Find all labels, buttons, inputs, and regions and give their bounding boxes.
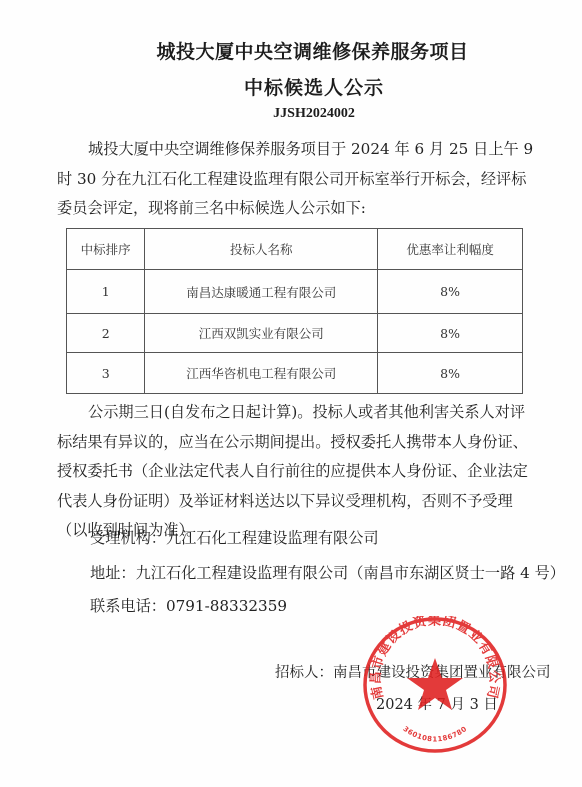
- cell-bidder-name: 江西双凯实业有限公司: [145, 314, 378, 353]
- contact-phone: 联系电话：0791-88332359: [90, 595, 287, 616]
- cell-discount: 8%: [378, 314, 523, 353]
- cell-rank: 3: [67, 353, 145, 394]
- intro-paragraph: 城投大厦中央空调维修保养服务项目于 2024 年 6 月 25 日上午 9 时 …: [57, 135, 537, 224]
- table-header-row: 中标排序 投标人名称 优惠率让利幅度: [67, 229, 523, 270]
- document-subtitle: 中标候选人公示: [0, 73, 582, 100]
- company-seal: 南昌市建设投资集团置业有限公司 3601081186780: [362, 616, 508, 754]
- document-page: 城投大厦中央空调维修保养服务项目 中标候选人公示 JJSH2024002 城投大…: [0, 0, 582, 787]
- intro-text: 城投大厦中央空调维修保养服务项目于 2024 年 6 月 25 日上午 9 时 …: [57, 140, 533, 217]
- svg-text:3601081186780: 3601081186780: [401, 725, 468, 744]
- cell-bidder-name: 江西华咨机电工程有限公司: [145, 353, 378, 394]
- cell-discount: 8%: [378, 353, 523, 394]
- candidates-table: 中标排序 投标人名称 优惠率让利幅度 1 南昌达康暖通工程有限公司 8% 2 江…: [66, 228, 523, 394]
- cell-discount: 8%: [378, 270, 523, 314]
- cell-rank: 1: [67, 270, 145, 314]
- notice-text: 公示期三日(自发布之日起计算)。投标人或者其他利害关系人对评标结果有异议的，应当…: [57, 403, 528, 539]
- table-row: 1 南昌达康暖通工程有限公司 8%: [67, 270, 523, 314]
- header-bidder-name: 投标人名称: [145, 229, 378, 270]
- table-row: 2 江西双凯实业有限公司 8%: [67, 314, 523, 353]
- notice-paragraph: 公示期三日(自发布之日起计算)。投标人或者其他利害关系人对评标结果有异议的，应当…: [57, 398, 537, 546]
- cell-rank: 2: [67, 314, 145, 353]
- agency-address: 地址：九江石化工程建设监理有限公司（南昌市东湖区贤士一路 4 号）: [90, 562, 565, 583]
- star-icon: [407, 658, 463, 710]
- objection-agency: 受理机构：九江石化工程建设监理有限公司: [90, 527, 379, 548]
- header-rank: 中标排序: [67, 229, 145, 270]
- table-row: 3 江西华咨机电工程有限公司 8%: [67, 353, 523, 394]
- seal-number: 3601081186780: [401, 725, 468, 744]
- project-code: JJSH2024002: [0, 106, 582, 122]
- cell-bidder-name: 南昌达康暖通工程有限公司: [145, 270, 378, 314]
- header-discount: 优惠率让利幅度: [378, 229, 523, 270]
- document-title: 城投大厦中央空调维修保养服务项目: [0, 37, 582, 64]
